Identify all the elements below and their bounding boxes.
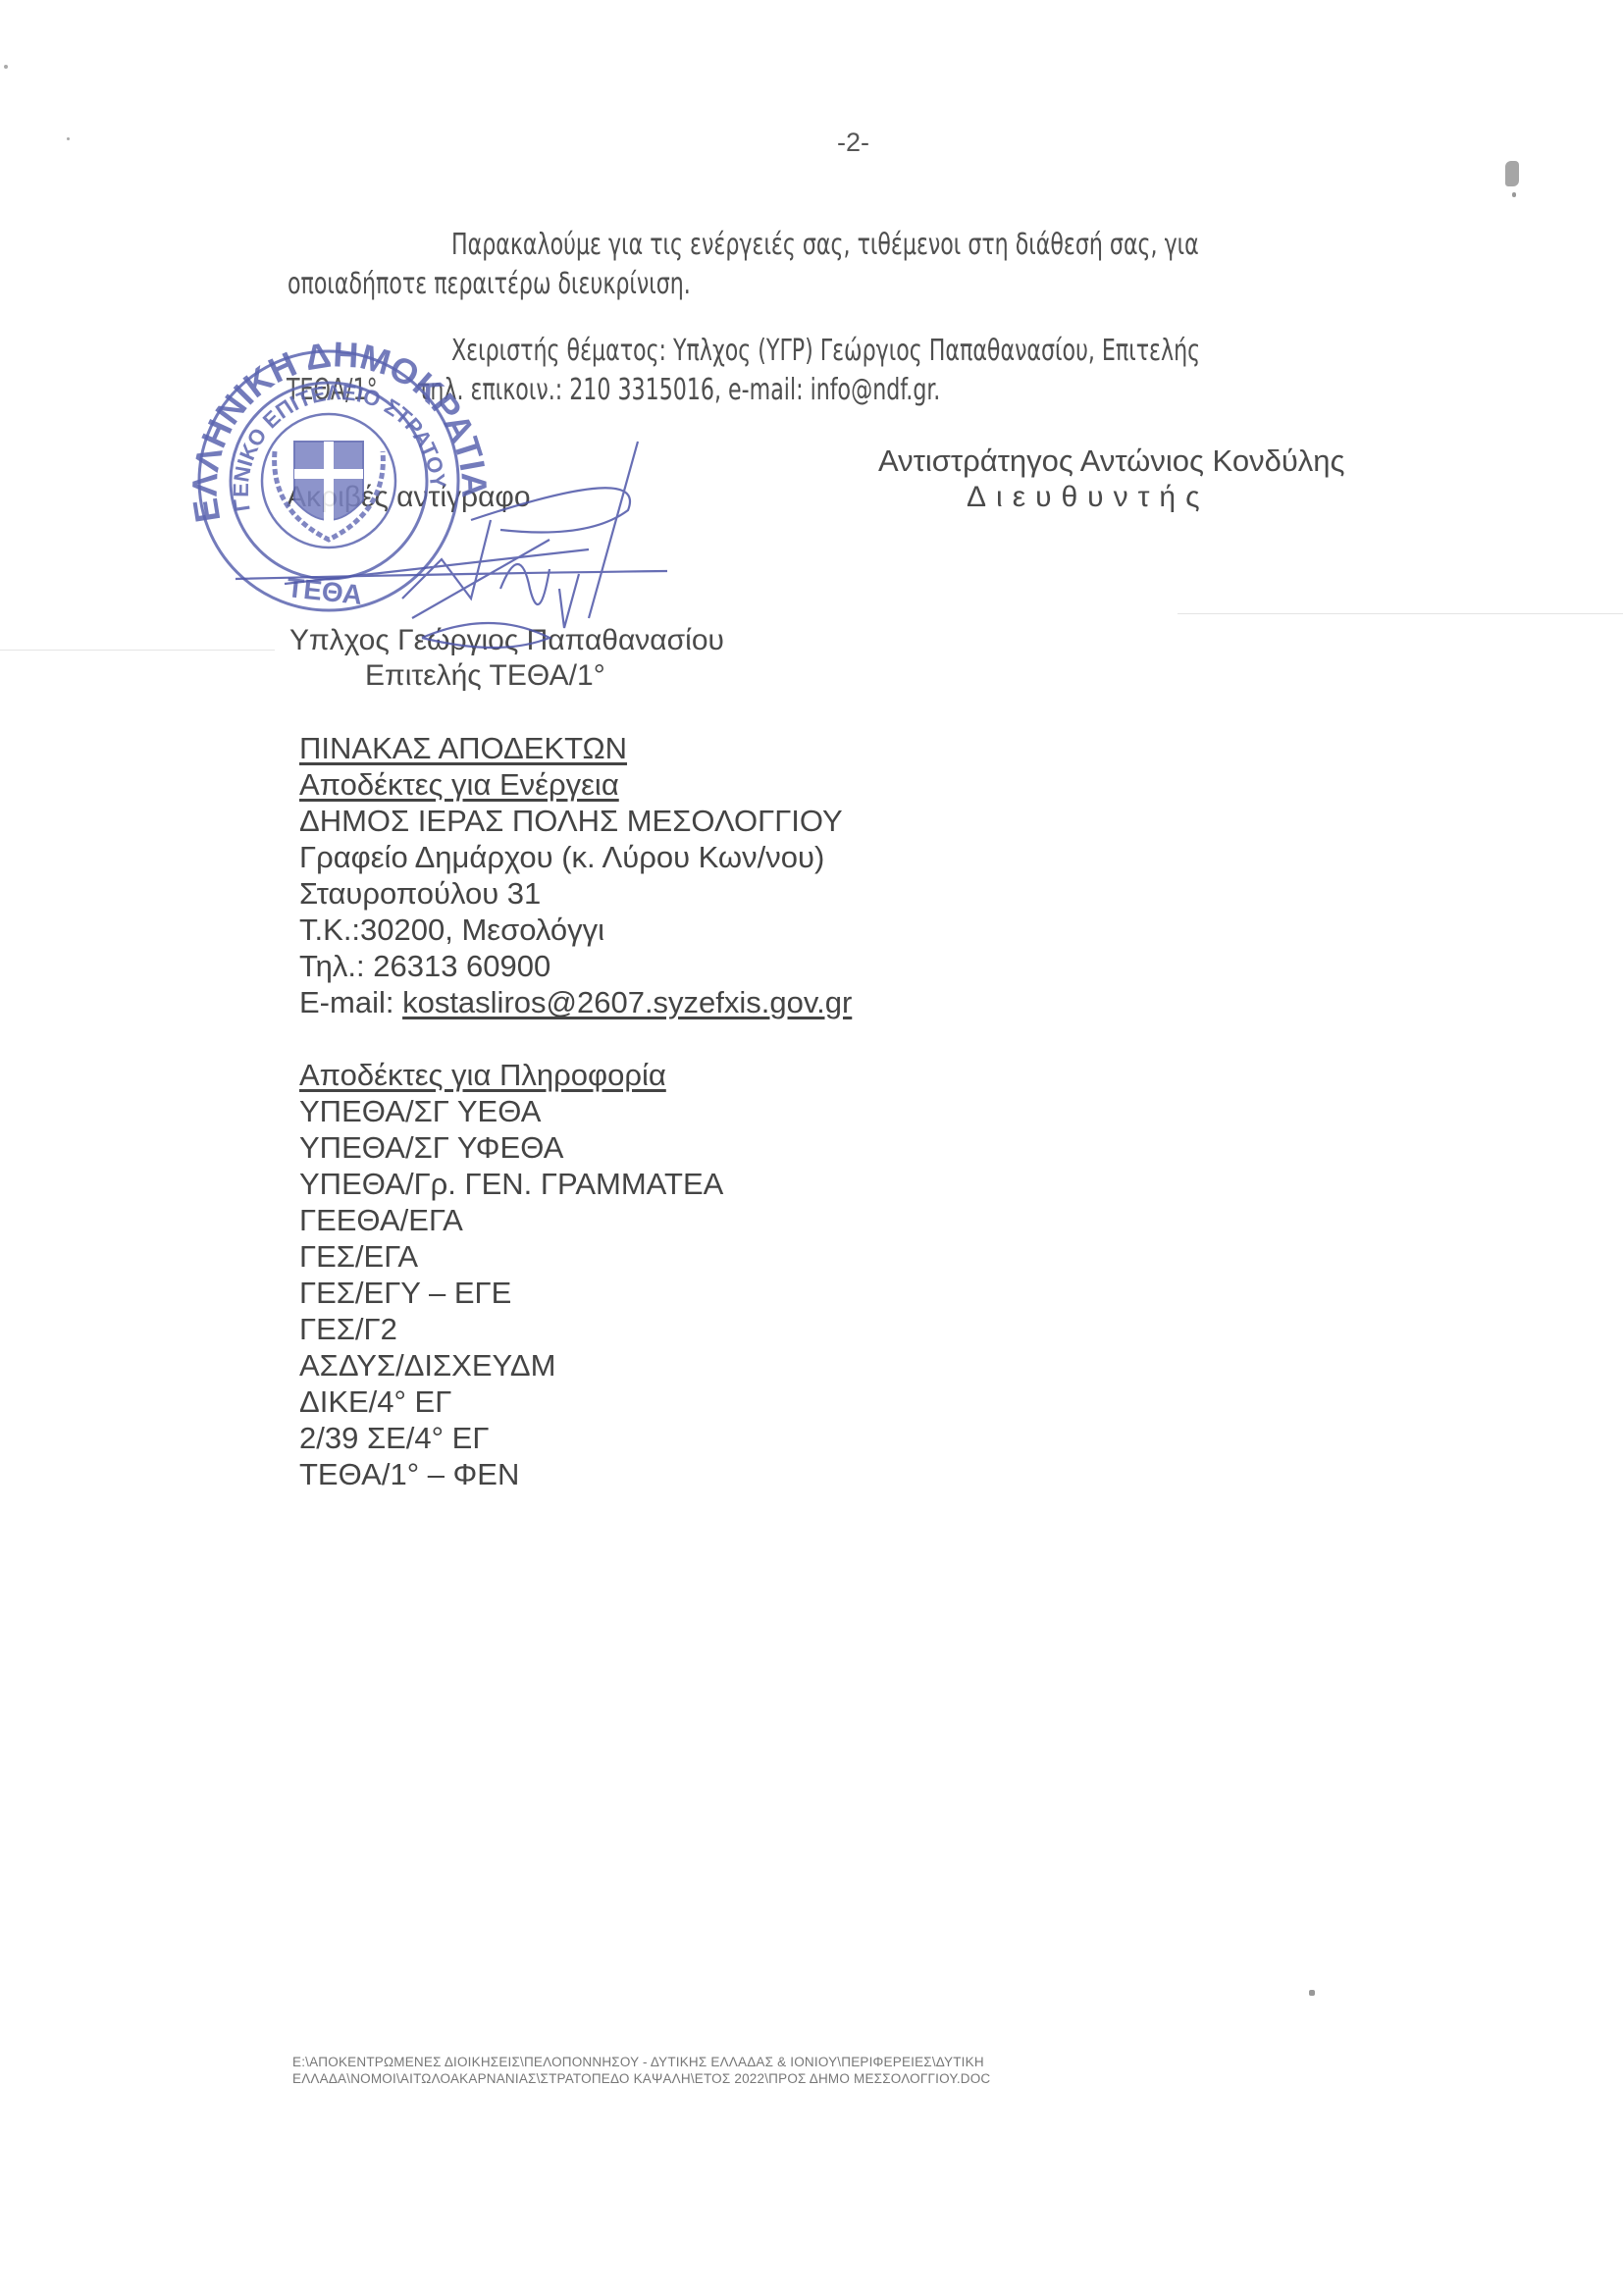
information-recipient-line: ΥΠΕΘΑ/ΣΓ ΥΕΘΑ xyxy=(299,1093,852,1129)
closing-paragraph-line1: Παρακαλούμε για τις ενέργειές σας, τιθέμ… xyxy=(451,228,1199,262)
action-recipients-heading: Αποδέκτες για Ενέργεια xyxy=(299,766,852,803)
information-recipient-line: ΓΕΕΘΑ/ΕΓΑ xyxy=(299,1202,852,1238)
scan-artifact-line xyxy=(1178,613,1623,614)
scan-speck xyxy=(67,137,70,140)
signatory-rank-name: Αντιστράτηγος Αντώνιος Κονδύλης xyxy=(878,444,1345,479)
action-recipient-email-row: E-mail: kostasliros@2607.syzefxis.gov.gr xyxy=(299,984,852,1020)
action-recipient-line: Σταυροπούλου 31 xyxy=(299,875,852,912)
scan-speck xyxy=(1309,1990,1315,1996)
signatory-title: Διευθυντής xyxy=(967,481,1210,514)
action-recipient-line: ΔΗΜΟΣ ΙΕΡΑΣ ΠΟΛΗΣ ΜΕΣΟΛΟΓΓΙΟΥ xyxy=(299,803,852,839)
scan-speck xyxy=(4,65,8,69)
recipients-table: ΠΙΝΑΚΑΣ ΑΠΟΔΕΚΤΩΝ Αποδέκτες για Ενέργεια… xyxy=(299,730,852,1492)
email-link[interactable]: kostasliros@2607.syzefxis.gov.gr xyxy=(402,985,852,1019)
official-stamp-and-signature: ΕΛΛΗΝΙΚΗ ΔΗΜΟΚΡΑΤΙΑ ΓΕΝΙΚΟ ΕΠΙΤΕΛΕΙΟ ΣΤΡ… xyxy=(177,343,726,677)
footer-path-line2: ΕΛΛΑΔΑ\ΝΟΜΟΙ\ΑΙΤΩΛΟΑΚΑΡΝΑΝΙΑΣ\ΣΤΡΑΤΟΠΕΔΟ… xyxy=(292,2070,990,2087)
recipients-heading: ΠΙΝΑΚΑΣ ΑΠΟΔΕΚΤΩΝ xyxy=(299,730,852,766)
information-recipient-line: ΓΕΣ/ΕΓΑ xyxy=(299,1238,852,1275)
closing-paragraph-line2: οποιαδήποτε περαιτέρω διευκρίνιση. xyxy=(288,267,691,301)
information-recipient-line: ΔΙΚΕ/4° ΕΓ xyxy=(299,1383,852,1420)
footer-file-path: E:\ΑΠΟΚΕΝΤΡΩΜΕΝΕΣ ΔΙΟΙΚΗΣΕΙΣ\ΠΕΛΟΠΟΝΝΗΣΟ… xyxy=(292,2054,990,2087)
information-recipient-line: ΥΠΕΘΑ/ΣΓ ΥΦΕΘΑ xyxy=(299,1129,852,1166)
information-recipient-line: ΤΕΘΑ/1° – ΦΕΝ xyxy=(299,1456,852,1492)
information-recipient-line: ΑΣΔΥΣ/ΔΙΣΧΕΥΔΜ xyxy=(299,1347,852,1383)
action-recipient-line: Τηλ.: 26313 60900 xyxy=(299,948,852,984)
footer-path-line1: E:\ΑΠΟΚΕΝΤΡΩΜΕΝΕΣ ΔΙΟΙΚΗΣΕΙΣ\ΠΕΛΟΠΟΝΝΗΣΟ… xyxy=(292,2054,990,2070)
information-recipient-line: ΓΕΣ/Γ2 xyxy=(299,1311,852,1347)
scan-speck xyxy=(1505,161,1519,186)
action-recipient-line: Γραφείο Δημάρχου (κ. Λύρου Κων/νου) xyxy=(299,839,852,875)
page-number: -2- xyxy=(837,128,869,158)
information-recipient-line: 2/39 ΣΕ/4° ΕΓ xyxy=(299,1420,852,1456)
coat-of-arms-icon xyxy=(275,442,384,540)
action-recipient-line: Τ.Κ.:30200, Μεσολόγγι xyxy=(299,912,852,948)
information-recipients-heading: Αποδέκτες για Πληροφορία xyxy=(299,1057,852,1093)
scan-speck xyxy=(1512,192,1516,197)
spacer xyxy=(299,1020,852,1057)
email-label: E-mail: xyxy=(299,985,393,1019)
information-recipient-line: ΥΠΕΘΑ/Γρ. ΓΕΝ. ΓΡΑΜΜΑΤΕΑ xyxy=(299,1166,852,1202)
information-recipient-line: ΓΕΣ/ΕΓΥ – ΕΓΕ xyxy=(299,1275,852,1311)
